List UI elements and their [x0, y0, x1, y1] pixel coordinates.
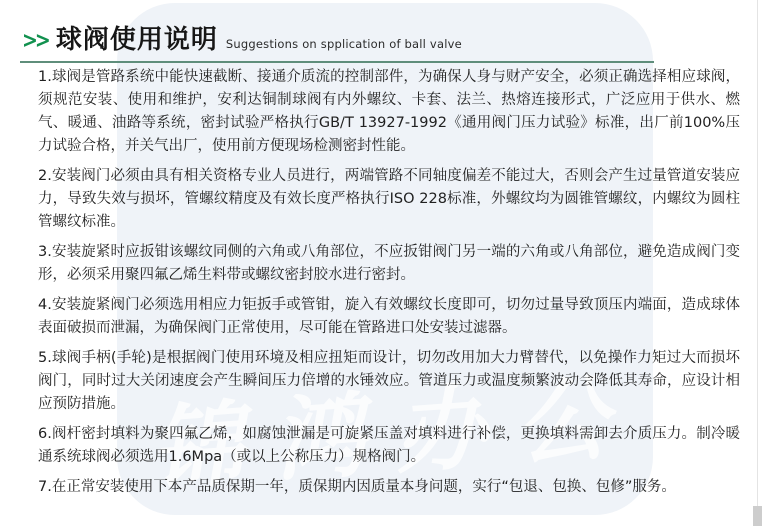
instruction-paragraph-2: 2.安装阀门必须由具有相关资格专业人员进行，两端管路不同轴度偏差不能过大，否则会…	[38, 165, 740, 234]
page-subtitle: Suggestions on spplication of ball valve	[218, 37, 462, 55]
instruction-paragraph-5: 5.球阀手柄(手轮)是根据阀门使用环境及相应扭矩而设计，切勿改用加大力臂替代，以…	[38, 347, 740, 416]
instructions-text: 1.球阀是管路系统中能快速截断、接通介质流的控制部件，为确保人身与财产安全，必须…	[38, 66, 740, 506]
instruction-paragraph-1: 1.球阀是管路系统中能快速截断、接通介质流的控制部件，为确保人身与财产安全，必须…	[38, 66, 740, 158]
right-edge-line	[757, 0, 758, 526]
instruction-paragraph-6: 6.阀杆密封填料为聚四氟乙烯，如腐蚀泄漏是可旋紧压盖对填料进行补偿，更换填料需卸…	[38, 423, 740, 469]
double-chevron-icon: >>	[22, 28, 56, 57]
document-page: 锦鸿办公 >> 球阀使用说明 Suggestions on spplicatio…	[0, 0, 762, 526]
title-underline	[20, 61, 654, 63]
corner-mark	[753, 506, 762, 526]
instruction-paragraph-7: 7.在正常安装使用下本产品质保期一年，质保期内因质量本身问题，实行“包退、包换、…	[38, 476, 740, 499]
instruction-paragraph-4: 4.安装旋紧阀门必须选用相应力钜扳手或管钳，旋入有效螺纹长度即可，切勿过量导致顶…	[38, 294, 740, 340]
header: >> 球阀使用说明 Suggestions on spplication of …	[22, 26, 462, 55]
instruction-paragraph-3: 3.安装旋紧时应扳钳该螺纹同侧的六角或八角部位，不应扳钳阀门另一端的六角或八角部…	[38, 241, 740, 287]
page-title: 球阀使用说明	[56, 26, 218, 55]
